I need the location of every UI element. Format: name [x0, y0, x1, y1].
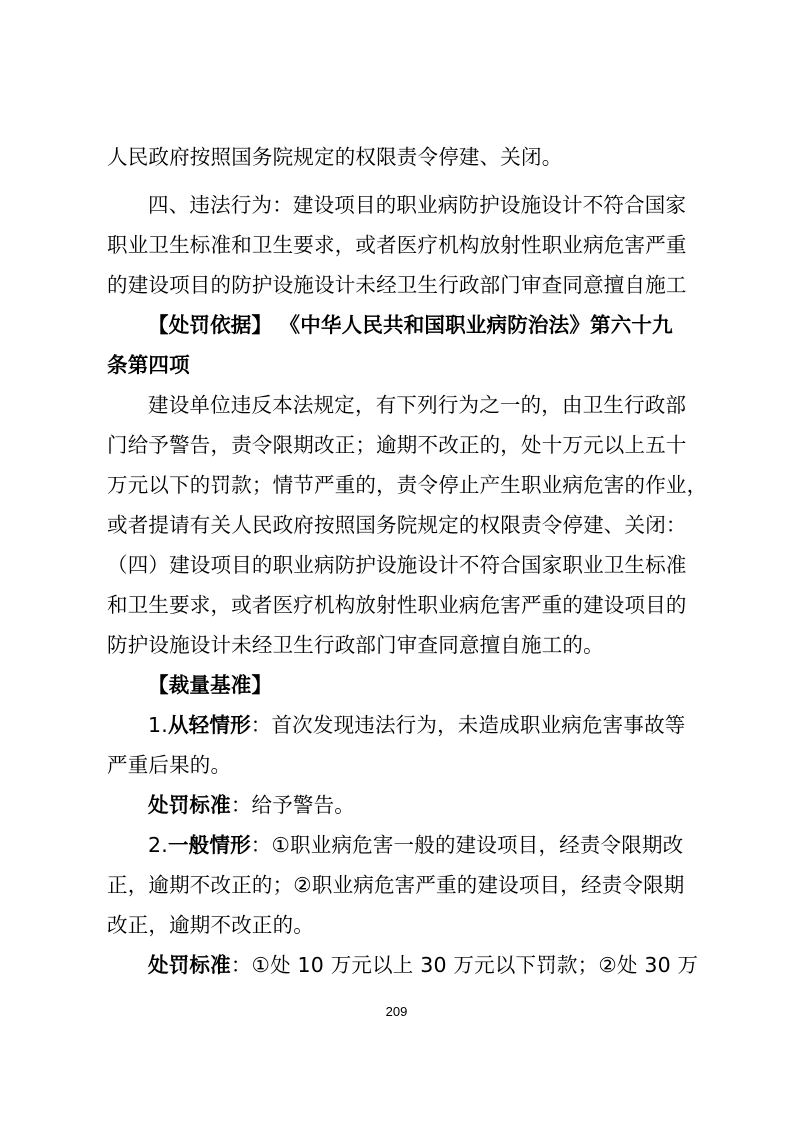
penalty-standard-text: ：①处 10 万元以上 30 万元以下罚款；②处 30 万 [231, 953, 698, 977]
lenient-case-label: 从轻情形 [168, 713, 251, 737]
penalty-standard-text: ：给予警告。 [231, 793, 355, 817]
general-case-text: ：①职业病危害一般的建设项目，经责令限期改 [251, 833, 684, 857]
body-text-line: 职业卫生标准和卫生要求，或者医疗机构放射性职业病危害严重 [107, 233, 697, 257]
law-text-line: 或者提请有关人民政府按照国务院规定的权限责令停建、关闭： [107, 513, 697, 537]
body-text-line: 正，逾期不改正的；②职业病危害严重的建设项目，经责令限期 [107, 873, 697, 897]
discretion-standard-heading: 【裁量基准】 [148, 673, 697, 697]
law-text-line: 建设单位违反本法规定，有下列行为之一的，由卫生行政部 [148, 393, 697, 417]
lenient-case-text: ：首次发现违法行为，未造成职业病危害事故等 [251, 713, 686, 737]
law-text-line: 门给予警告，责令限期改正；逾期不改正的，处十万元以上五十 [107, 433, 697, 457]
violation-heading: 四、违法行为：建设项目的职业病防护设施设计不符合国家 [148, 193, 697, 217]
law-text-line: 万元以下的罚款；情节严重的，责令停止产生职业病危害的作业， [107, 473, 697, 497]
law-text-line: 防护设施设计未经卫生行政部门审查同意擅自施工的。 [107, 633, 697, 657]
penalty-basis-heading-cont: 条第四项 [107, 353, 697, 377]
general-case-line: 2.一般情形：①职业病危害一般的建设项目，经责令限期改 [148, 833, 697, 857]
law-text-line: 和卫生要求，或者医疗机构放射性职业病危害严重的建设项目的 [107, 593, 697, 617]
penalty-standard-label: 处罚标准 [148, 953, 231, 977]
lenient-case-line: 1.从轻情形：首次发现违法行为，未造成职业病危害事故等 [148, 713, 697, 737]
law-text-line: （四）建设项目的职业病防护设施设计不符合国家职业卫生标准 [107, 553, 697, 577]
body-text-line: 改正，逾期不改正的。 [107, 913, 697, 937]
page-number: 209 [0, 1004, 793, 1019]
item-number: 2. [148, 833, 168, 857]
penalty-basis-heading: 【处罚依据】 《中华人民共和国职业病防治法》第六十九 [148, 313, 697, 337]
item-number: 1. [148, 713, 168, 737]
body-text-line: 的建设项目的防护设施设计未经卫生行政部门审查同意擅自施工 [107, 273, 697, 297]
general-case-label: 一般情形 [168, 833, 251, 857]
body-text-line: 人民政府按照国务院规定的权限责令停建、关闭。 [107, 145, 697, 169]
body-text-line: 严重后果的。 [107, 753, 697, 777]
penalty-standard-line: 处罚标准：给予警告。 [148, 793, 697, 817]
penalty-standard-label: 处罚标准 [148, 793, 231, 817]
document-page: 人民政府按照国务院规定的权限责令停建、关闭。 四、违法行为：建设项目的职业病防护… [0, 0, 793, 1122]
penalty-standard-line: 处罚标准：①处 10 万元以上 30 万元以下罚款；②处 30 万 [148, 953, 697, 977]
